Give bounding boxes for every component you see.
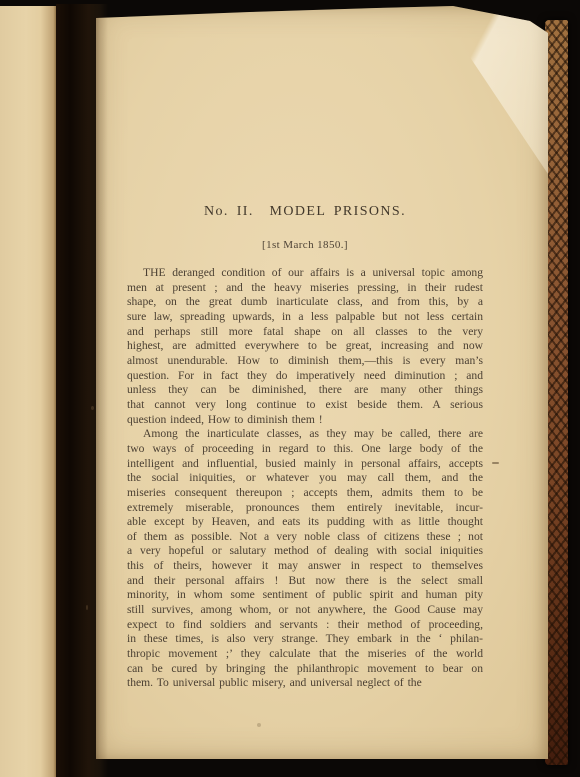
text-line: a very hopeful or salutary method of dea… xyxy=(127,544,483,559)
text-line: the social iniquities, or whatever you m… xyxy=(127,471,483,486)
text-line: Among the inarticulate classes, as they … xyxy=(127,427,483,442)
facing-page-edge xyxy=(0,6,58,777)
text-line: that cannot very long continue to exist … xyxy=(127,398,483,413)
text-line: highest, are admitted everywhere to be g… xyxy=(127,339,483,354)
text-line: two ways of proceeding in regard to this… xyxy=(127,442,483,457)
text-line: and perhaps still more fatal shape on al… xyxy=(127,325,483,340)
text-line: minority, in whom some sentiment of publ… xyxy=(127,588,483,603)
text-line: and their personal affairs ! But now the… xyxy=(127,574,483,589)
text-line: sure law, spreading upwards, in a less p… xyxy=(127,310,483,325)
gutter-shadow xyxy=(56,4,108,777)
text-line: intelligent and influential, busied main… xyxy=(127,457,483,472)
book-page: No. II. MODEL PRISONS. [1st March 1850.]… xyxy=(96,6,548,759)
text-line: thropic movement ;’ they calculate that … xyxy=(127,647,483,662)
corner-fold xyxy=(378,6,548,174)
paragraphs: THE deranged condition of our affairs is… xyxy=(127,266,483,691)
text-line: extremely miserable, pronounces them ent… xyxy=(127,501,483,516)
text-line: can be cured by bringing the philanthrop… xyxy=(127,662,483,677)
text-line: them. To universal public misery, and un… xyxy=(127,676,483,691)
text-line: THE deranged condition of our affairs is… xyxy=(127,266,483,281)
text-line: shape, on the great dumb inarticulate cl… xyxy=(127,295,483,310)
text-line: question. For in fact they do imperative… xyxy=(127,369,483,384)
text-line: unless they can be diminished, there are… xyxy=(127,383,483,398)
text-line: in these times, is also very strange. Th… xyxy=(127,632,483,647)
text-line: question indeed, How to diminish them ! xyxy=(127,413,483,428)
binding-decorative-edge xyxy=(545,20,568,765)
paragraph: Among the inarticulate classes, as they … xyxy=(127,427,483,691)
text-line: this of theirs, however it may answer in… xyxy=(127,559,483,574)
book-photo-scene: No. II. MODEL PRISONS. [1st March 1850.]… xyxy=(0,0,580,777)
page-title: No. II. MODEL PRISONS. xyxy=(127,204,483,220)
text-line: of them as possible. Not a very noble cl… xyxy=(127,530,483,545)
text-line: miseries consequent thereupon ; accepts … xyxy=(127,486,483,501)
paper-speck xyxy=(91,406,94,410)
paper-speck xyxy=(492,462,499,464)
text-line: almost unendurable. How to diminish them… xyxy=(127,354,483,369)
text-line: able except by Heaven, and eats its pudd… xyxy=(127,515,483,530)
paragraph: THE deranged condition of our affairs is… xyxy=(127,266,483,427)
dateline: [1st March 1850.] xyxy=(127,239,483,251)
paper-speck xyxy=(257,723,261,727)
text-line: expect to find soldiers and servants : t… xyxy=(127,618,483,633)
text-line: still survives, among whom, or not anywh… xyxy=(127,603,483,618)
text-line: men at present ; and the heavy miseries … xyxy=(127,281,483,296)
paper-speck xyxy=(86,605,88,610)
